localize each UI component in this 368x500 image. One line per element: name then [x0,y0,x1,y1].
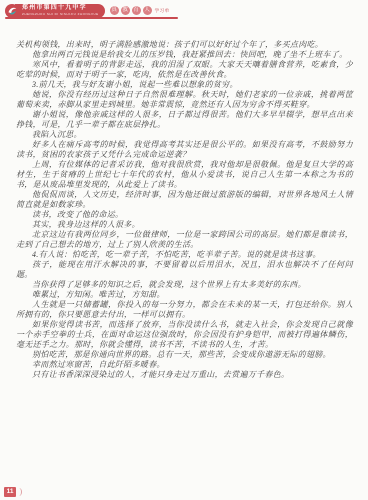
paragraph: 幸而熬过寒窗苦，自此阡陌多暖春。 [16,360,353,370]
paragraph: 关机构领钱，出来时，明子满脸感激地说：孩子们可以好好过个年了，多买点肉吃。 [16,40,353,50]
school-name: 郑州市第四十九中学 [22,5,99,12]
paragraph: 3.前几天，我与好友谢小姐，说起一些难以想象的贫穷。 [16,80,353,90]
paragraph: 上周，有位媒体的记者采访我，他对我很欣赏，我对他却是很敬佩。他是复旦大学的高材生… [16,160,353,190]
paragraph: 如果你觉得读书苦，而选择了放弃，当你没读什么书，就走入社会，你会发现自己就像一个… [16,320,353,350]
paragraph: 唯累过，方知闲。唯苦过，方知甜。 [16,290,353,300]
paragraph: 当你获得了足够多的知识之后，就会发现，这个世界上有太多美好的东西。 [16,280,353,290]
header-badge: 育 [132,6,141,15]
paragraph: 她说，你没有经历过这种日子自然很难理解。秋天时，她们老家的一位亲戚，挑着两筐葡萄… [16,90,353,110]
header: 郑州市第四十九中学 ZHENGZHOU SHI DI SISHIJIU ZHON… [5,3,170,18]
footer-curve-icon [17,488,22,496]
paragraph: 其实，我身边这样的人很多。 [16,220,353,230]
paragraph: 北京这边有我两位同乡，一位做律师，一位是一家跨国公司的高层。她们都是靠读书，走到… [16,230,353,250]
school-banner: 郑州市第四十九中学 ZHENGZHOU SHI DI SISHIJIU ZHON… [15,4,105,18]
paragraph: 他侃侃而谈，人文历史，经济时事，因为他还做过旅游版的编辑，对世界各地风土人情简直… [16,190,353,210]
document-body: 关机构领钱，出来时，明子满脸感激地说：孩子们可以好好过个年了，多买点肉吃。他拿出… [16,40,353,380]
paragraph: 只有让书香深深浸染过的人，才能只身走过万重山，去赏遍万千春色。 [16,370,353,380]
header-badges: 真教育人 [110,6,152,15]
paragraph: 好多人在痛斥高考的时候，我觉得高考其实还是很公平的。如果没有高考，不鼓励努力读书… [16,140,353,160]
paragraph: 人生就是一只储蓄罐，你投入的每一分努力，都会在未来的某一天，打包还给你。别人所拥… [16,300,353,320]
paragraph: 他拿出两百元钱说是给我女儿的压岁钱，我赶紧推回去：快回吧，晚了坐不上班车了。 [16,50,353,60]
school-name-pinyin: ZHENGZHOU SHI DI SISHIJIU ZHONGXUE [22,12,99,16]
paragraph: 4.有人说：怕吃苦，吃一辈子苦，不怕吃苦，吃半辈子苦。说的就是读书这事。 [16,250,353,260]
paragraph: 谢小姐说，像他亲戚这样的人很多，日子都过得很苦。他们大多早早辍学，想早点出来挣钱… [16,110,353,130]
header-label: 学习单 [155,8,170,14]
school-logo-icon [5,4,19,18]
header-rule [5,17,178,19]
paragraph: 孩子，能现在用汗水解决的事，不要留着以后用泪水，况且，泪水也解决不了任何问题。 [16,260,353,280]
header-badge: 人 [143,6,152,15]
page: { "header": { "school_name": "郑州市第四十九中学"… [0,0,368,500]
paragraph: 读书，改变了他的命运。 [16,210,353,220]
page-number-badge: 11 [4,487,16,497]
paragraph: 别怕吃苦，那是你通向世界的路。总有一天，那些苦，会变成你遨游无际的翅膀。 [16,350,353,360]
footer: 11 [4,487,22,497]
header-badge: 教 [121,6,130,15]
paragraph: 我陷入沉思。 [16,130,353,140]
paragraph: 寒风中，看着明子的背影走远，我的泪湿了双眼。大家天天嚷着膳食营养，吃素食，少吃荤… [16,60,353,80]
header-badge: 真 [110,6,119,15]
